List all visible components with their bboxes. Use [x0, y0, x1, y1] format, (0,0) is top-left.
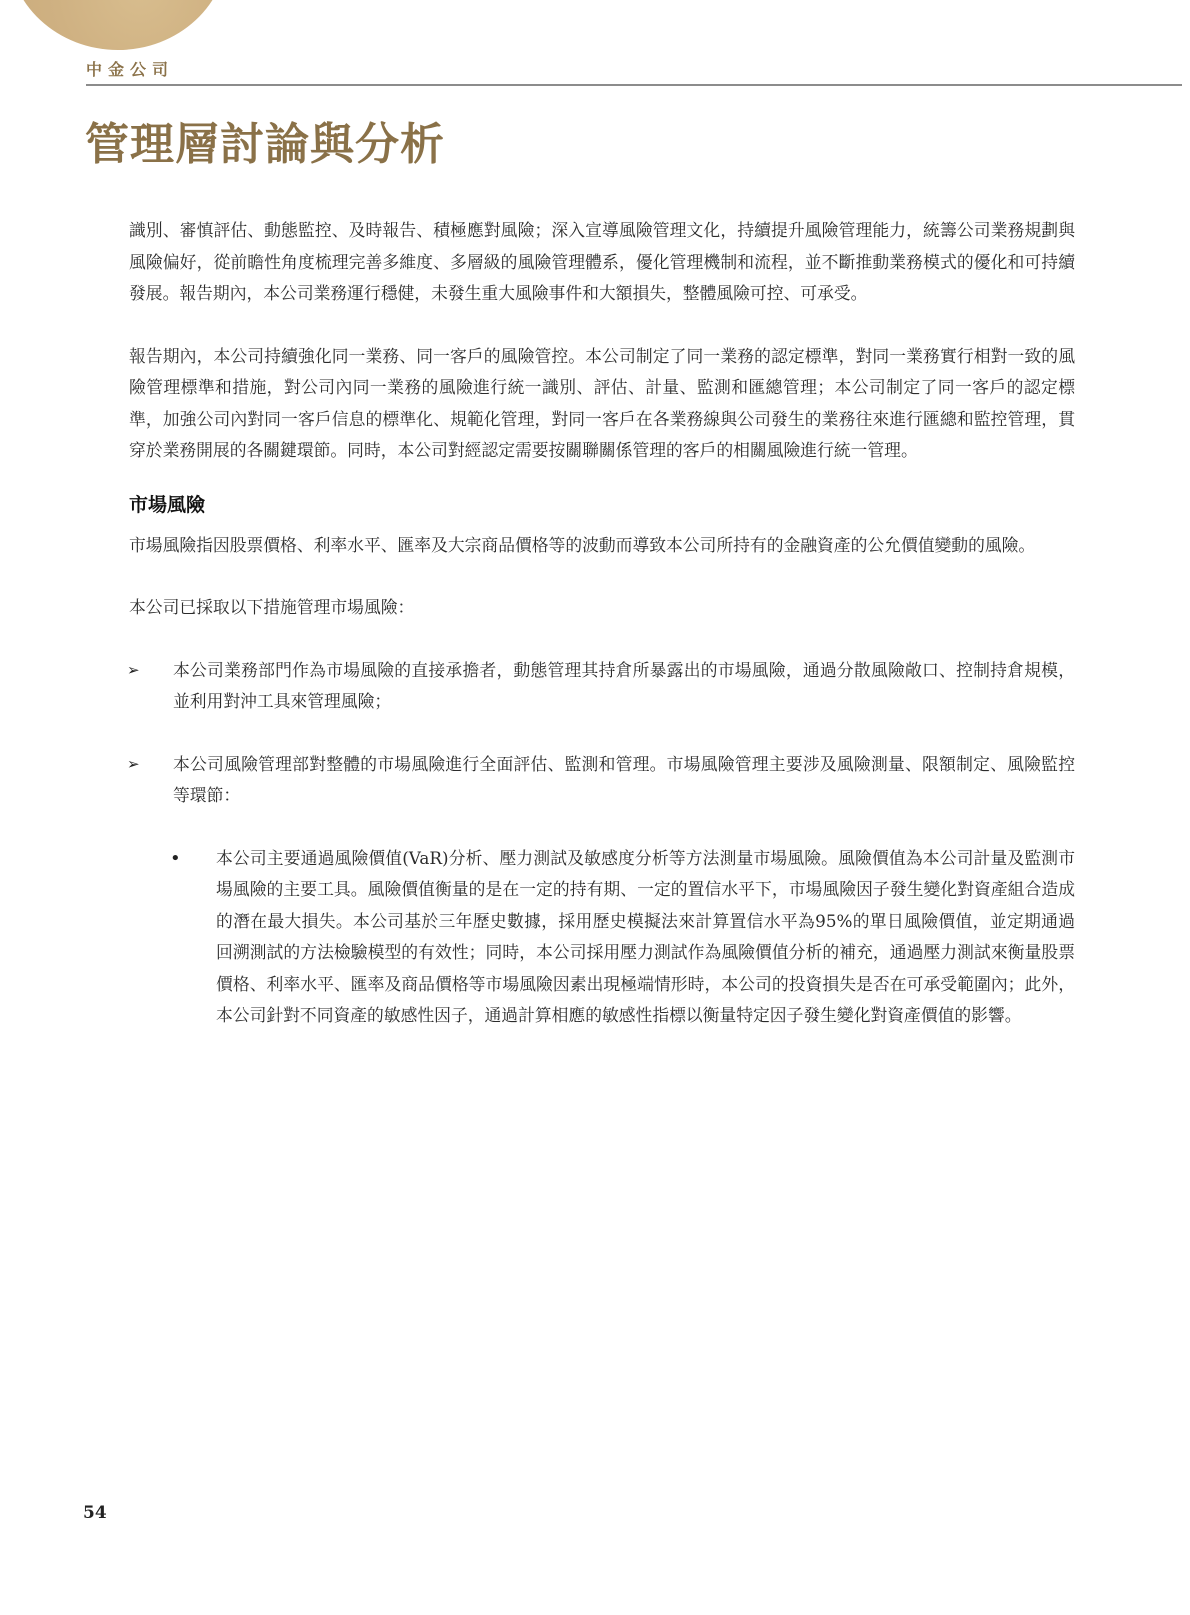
paragraph-measures-intro: 本公司已採取以下措施管理市場風險： [129, 592, 1075, 624]
paragraph-same-business-client: 報告期內，本公司持續強化同一業務、同一客戶的風險管控。本公司制定了同一業務的認定… [129, 341, 1075, 467]
arrow-bullet-icon: ➢ [127, 749, 140, 781]
bullet-list-item-text: 本公司主要通過風險價值(VaR)分析、壓力測試及敏感度分析等方法測量市場風險。風… [216, 843, 1075, 1032]
header-divider [86, 84, 1182, 86]
arrow-list-item: ➢ 本公司業務部門作為市場風險的直接承擔者，動態管理其持倉所暴露出的市場風險，通… [129, 655, 1075, 718]
section-heading-market-risk: 市場風險 [129, 488, 1075, 522]
page-number: 54 [83, 1503, 107, 1523]
company-brand: 中金公司 [86, 57, 174, 80]
paragraph-risk-culture: 識別、審慎評估、動態監控、及時報告、積極應對風險；深入宣導風險管理文化，持續提升… [129, 215, 1075, 310]
paragraph-market-risk-definition: 市場風險指因股票價格、利率水平、匯率及大宗商品價格等的波動而導致本公司所持有的金… [129, 530, 1075, 562]
document-body: 識別、審慎評估、動態監控、及時報告、積極應對風險；深入宣導風險管理文化，持續提升… [129, 215, 1075, 1032]
page-title: 管理層討論與分析 [85, 108, 445, 172]
bullet-dot-icon: • [170, 843, 181, 875]
decorative-circle-graphic [8, 0, 228, 50]
arrow-list-item-text: 本公司業務部門作為市場風險的直接承擔者，動態管理其持倉所暴露出的市場風險，通過分… [173, 655, 1075, 718]
arrow-bullet-icon: ➢ [127, 655, 140, 687]
bullet-list-item: • 本公司主要通過風險價值(VaR)分析、壓力測試及敏感度分析等方法測量市場風險… [129, 843, 1075, 1032]
arrow-list-item-text: 本公司風險管理部對整體的市場風險進行全面評估、監測和管理。市場風險管理主要涉及風… [173, 749, 1075, 812]
arrow-list-item: ➢ 本公司風險管理部對整體的市場風險進行全面評估、監測和管理。市場風險管理主要涉… [129, 749, 1075, 812]
